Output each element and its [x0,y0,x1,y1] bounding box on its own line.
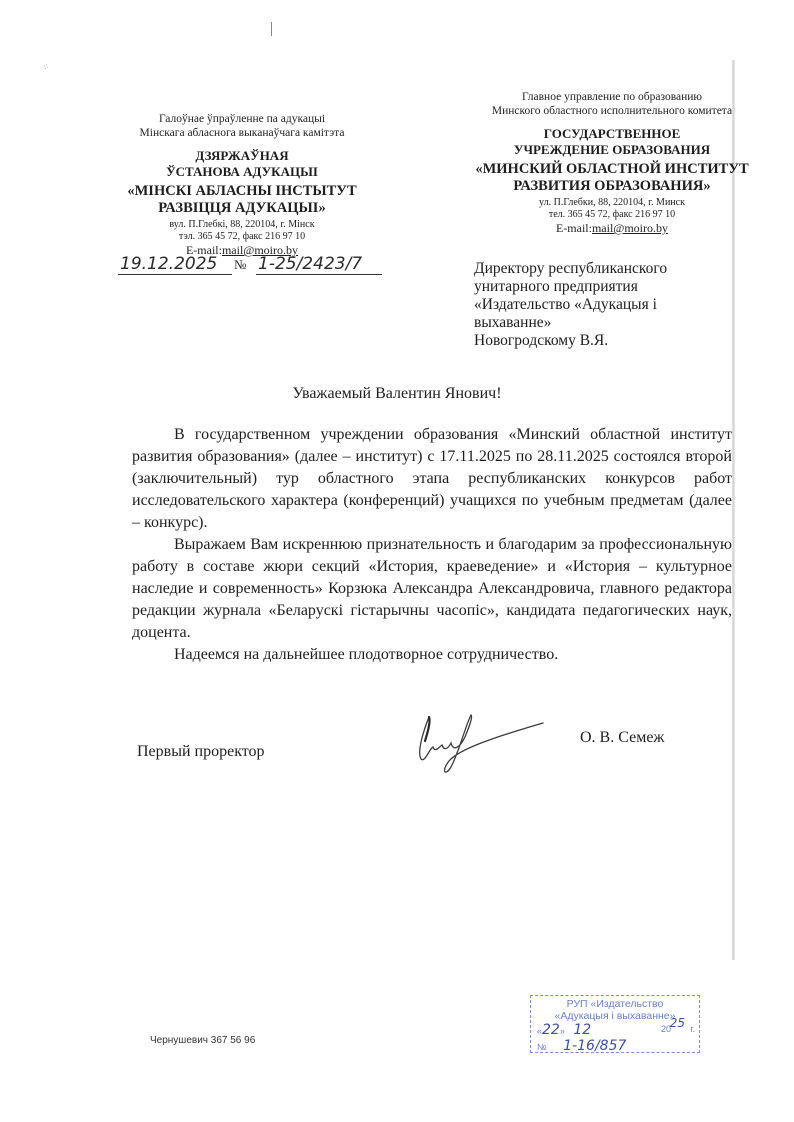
email-link[interactable]: mail@moiro.by [592,221,668,235]
incoming-registration-stamp: РУП «Издательство «Адукацыя і выхаванне»… [530,995,700,1053]
org-email-row: E-mail:mail@moiro.by [462,221,762,236]
signatory-name: О. В. Семеж [580,729,664,747]
executor-contact: Чернушевич 367 56 96 [150,1035,255,1046]
org-name-line-1: «МИНСКИЙ ОБЛАСТНОЙ ИНСТИТУТ [462,161,762,178]
stamp-year-suffix: 25 [670,1016,685,1030]
addressee-line-3: «Издательство «Адукацыя і [474,296,754,314]
email-label: E-mail: [556,221,592,235]
stamp-date-row: «22» 12 20 25 г. [537,1022,695,1038]
letterhead-by: Галоўнае ўпраўленне па адукацыі Мінскага… [112,112,372,258]
scan-speck: ⁘ [40,61,51,74]
org-name-line-2: РАЗВИТИЯ ОБРАЗОВАНИЯ» [462,178,762,195]
stamp-number: 1-16/857 [563,1038,626,1054]
ministry-line-2: Мінскага абласнога выканаўчага камітэта [112,126,372,140]
org-type-line-1: ДЗЯРЖАЎНАЯ [112,148,372,164]
ministry-line-1: Галоўнае ўпраўленне па адукацыі [112,112,372,126]
org-address: вул. П.Глебкі, 88, 220104, г. Мінск [112,219,372,231]
body-paragraph-2: Выражаем Вам искреннюю признательность и… [132,534,732,644]
ministry-line-2: Минского областного исполнительного коми… [462,104,762,118]
ministry-line-1: Главное управление по образованию [462,90,762,104]
stamp-number-label: № [537,1042,547,1052]
org-type-line-2: УЧРЕЖДЕНИЕ ОБРАЗОВАНИЯ [462,142,762,158]
scan-mark [271,22,272,36]
stamp-number-row: № 1-16/857 [537,1038,695,1054]
number-sign: № [234,257,246,273]
org-address: ул. П.Глебки, 88, 220104, г. Минск [462,197,762,209]
org-phone: тел. 365 45 72, факс 216 97 10 [462,209,762,221]
addressee-block: Директору республиканского унитарного пр… [474,260,754,350]
outgoing-number: 1-25/2423/7 [256,254,382,275]
org-type-line-2: ЎСТАНОВА АДУКАЦЫІ [112,164,372,180]
signatory-title: Первый проректор [137,743,265,761]
stamp-org-line-1: РУП «Издательство [531,998,699,1010]
letter-body: В государственном учреждении образования… [132,424,732,666]
body-paragraph-3: Надеемся на дальнейшее плодотворное сотр… [132,644,732,666]
org-type-line-1: ГОСУДАРСТВЕННОЕ [462,126,762,142]
stamp-day: 22 [542,1022,560,1038]
org-name-line-2: РАЗВІЦЦЯ АДУКАЦЫІ» [112,200,372,217]
org-name-line-1: «МІНСКІ АБЛАСНЫ ІНСТЫТУТ [112,183,372,200]
stamp-month: 12 [573,1022,591,1038]
stamp-year-unit: г. [690,1024,695,1034]
addressee-line-5: Новогродскому В.Я. [474,332,754,350]
outgoing-date: 19.12.2025 [118,254,232,275]
org-phone: тэл. 365 45 72, факс 216 97 10 [112,231,372,243]
letterhead-ru: Главное управление по образованию Минско… [462,90,762,236]
addressee-line-4: выхаванне» [474,314,754,332]
body-paragraph-1: В государственном учреждении образования… [132,424,732,534]
salutation: Уважаемый Валентин Янович! [0,385,794,403]
handwritten-signature-icon [415,707,545,777]
addressee-line-2: унитарного предприятия [474,278,754,296]
addressee-line-1: Директору республиканского [474,260,754,278]
